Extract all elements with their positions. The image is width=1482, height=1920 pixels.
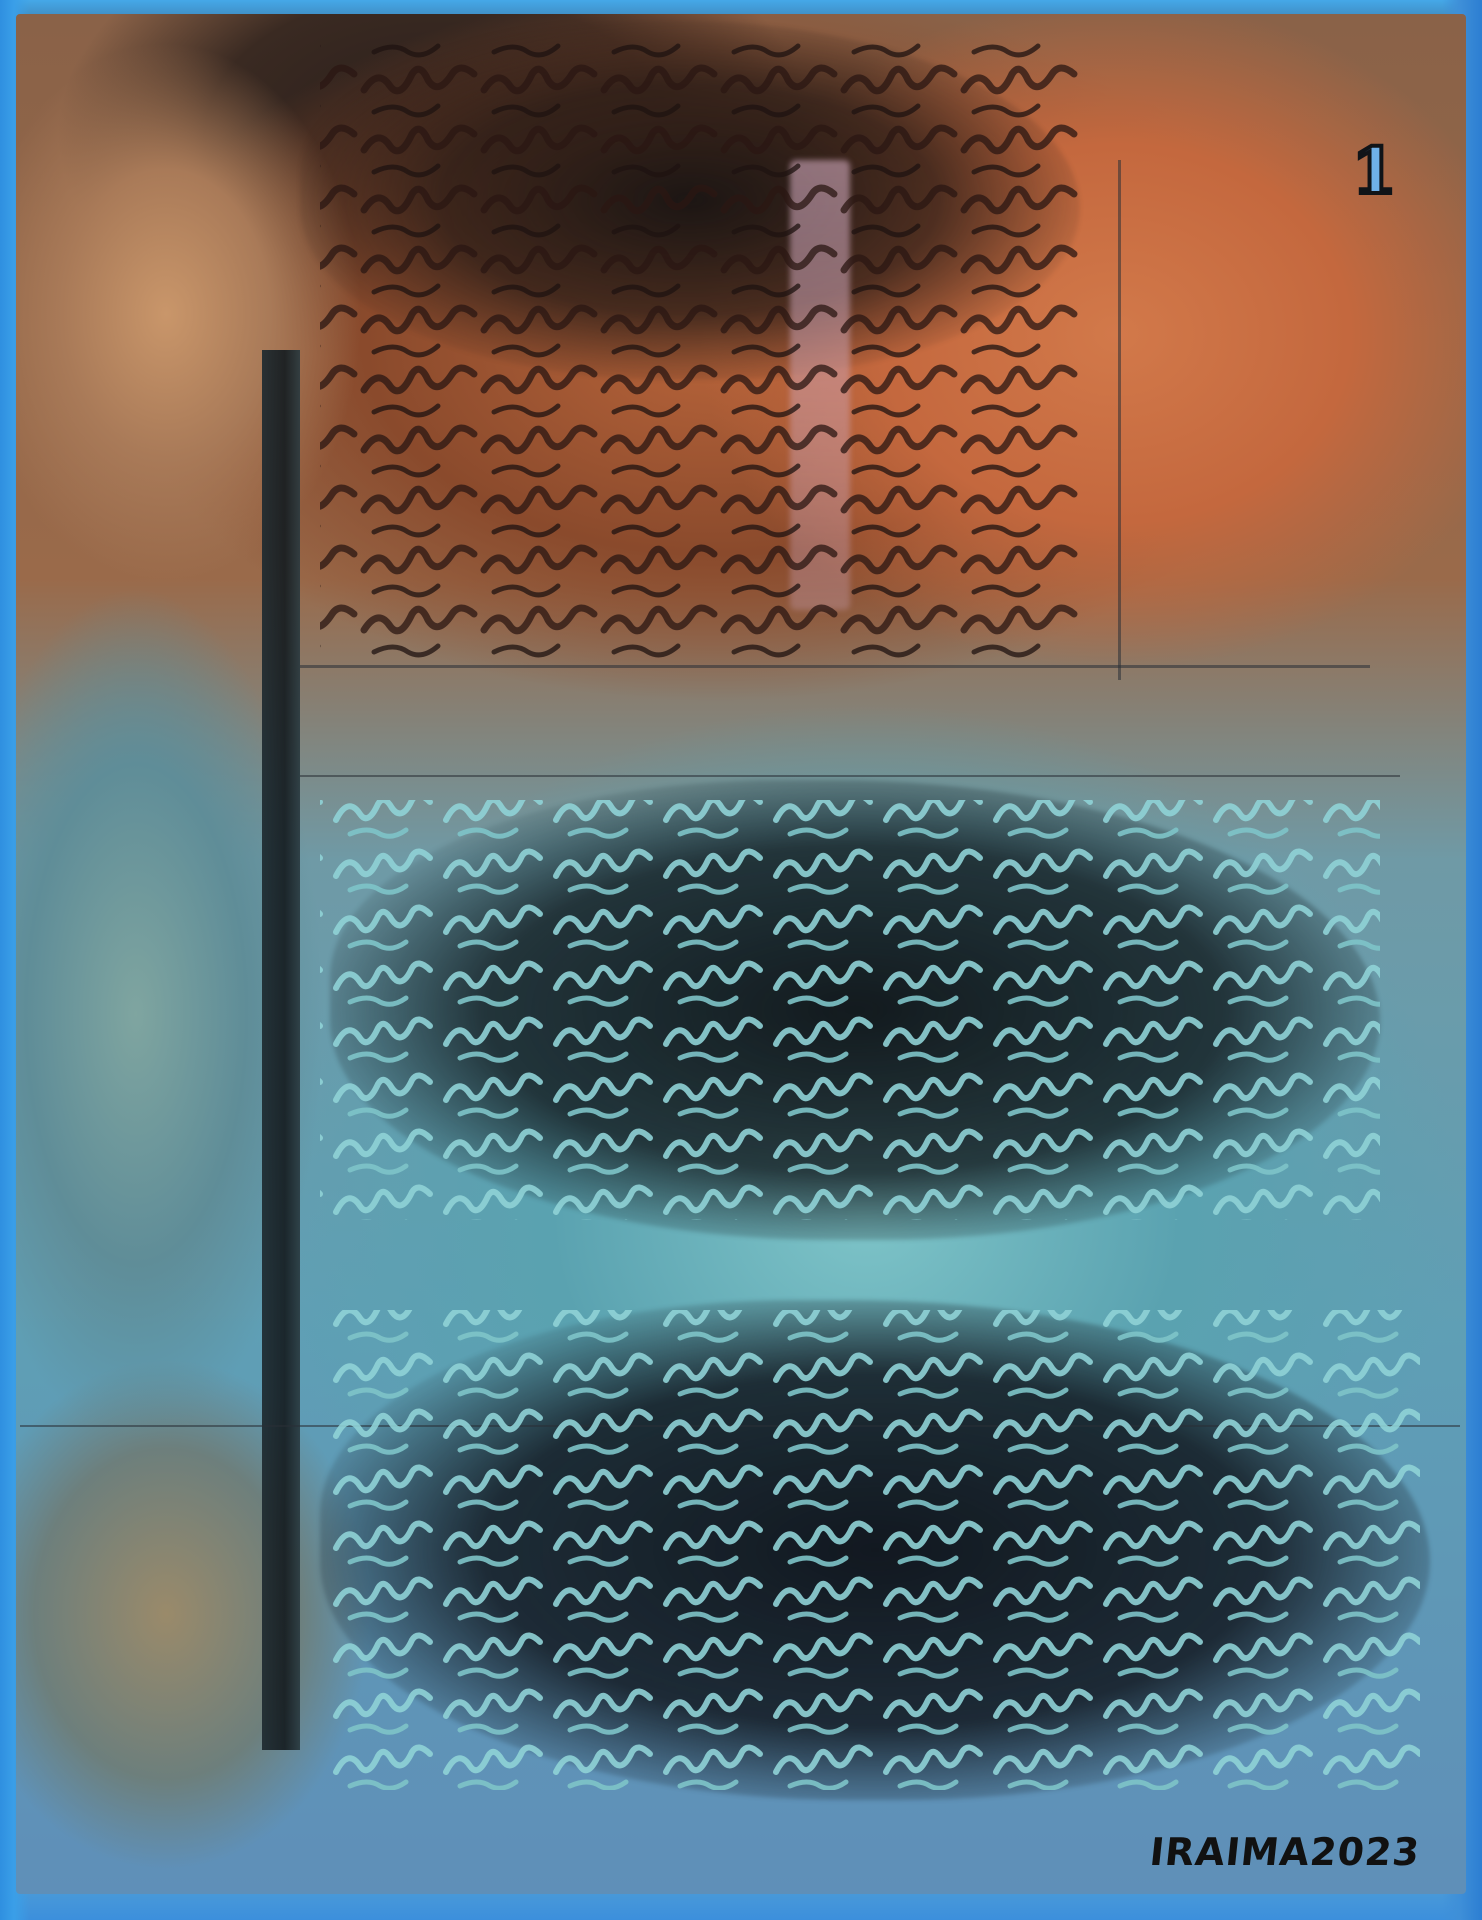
painting-background: 1 IRAIMA2023 — [0, 0, 1482, 1920]
calligraphic-script-marks — [0, 0, 1482, 1920]
artist-signature: IRAIMA2023 — [1148, 1830, 1423, 1874]
corner-numeral: 1 — [1352, 140, 1397, 204]
